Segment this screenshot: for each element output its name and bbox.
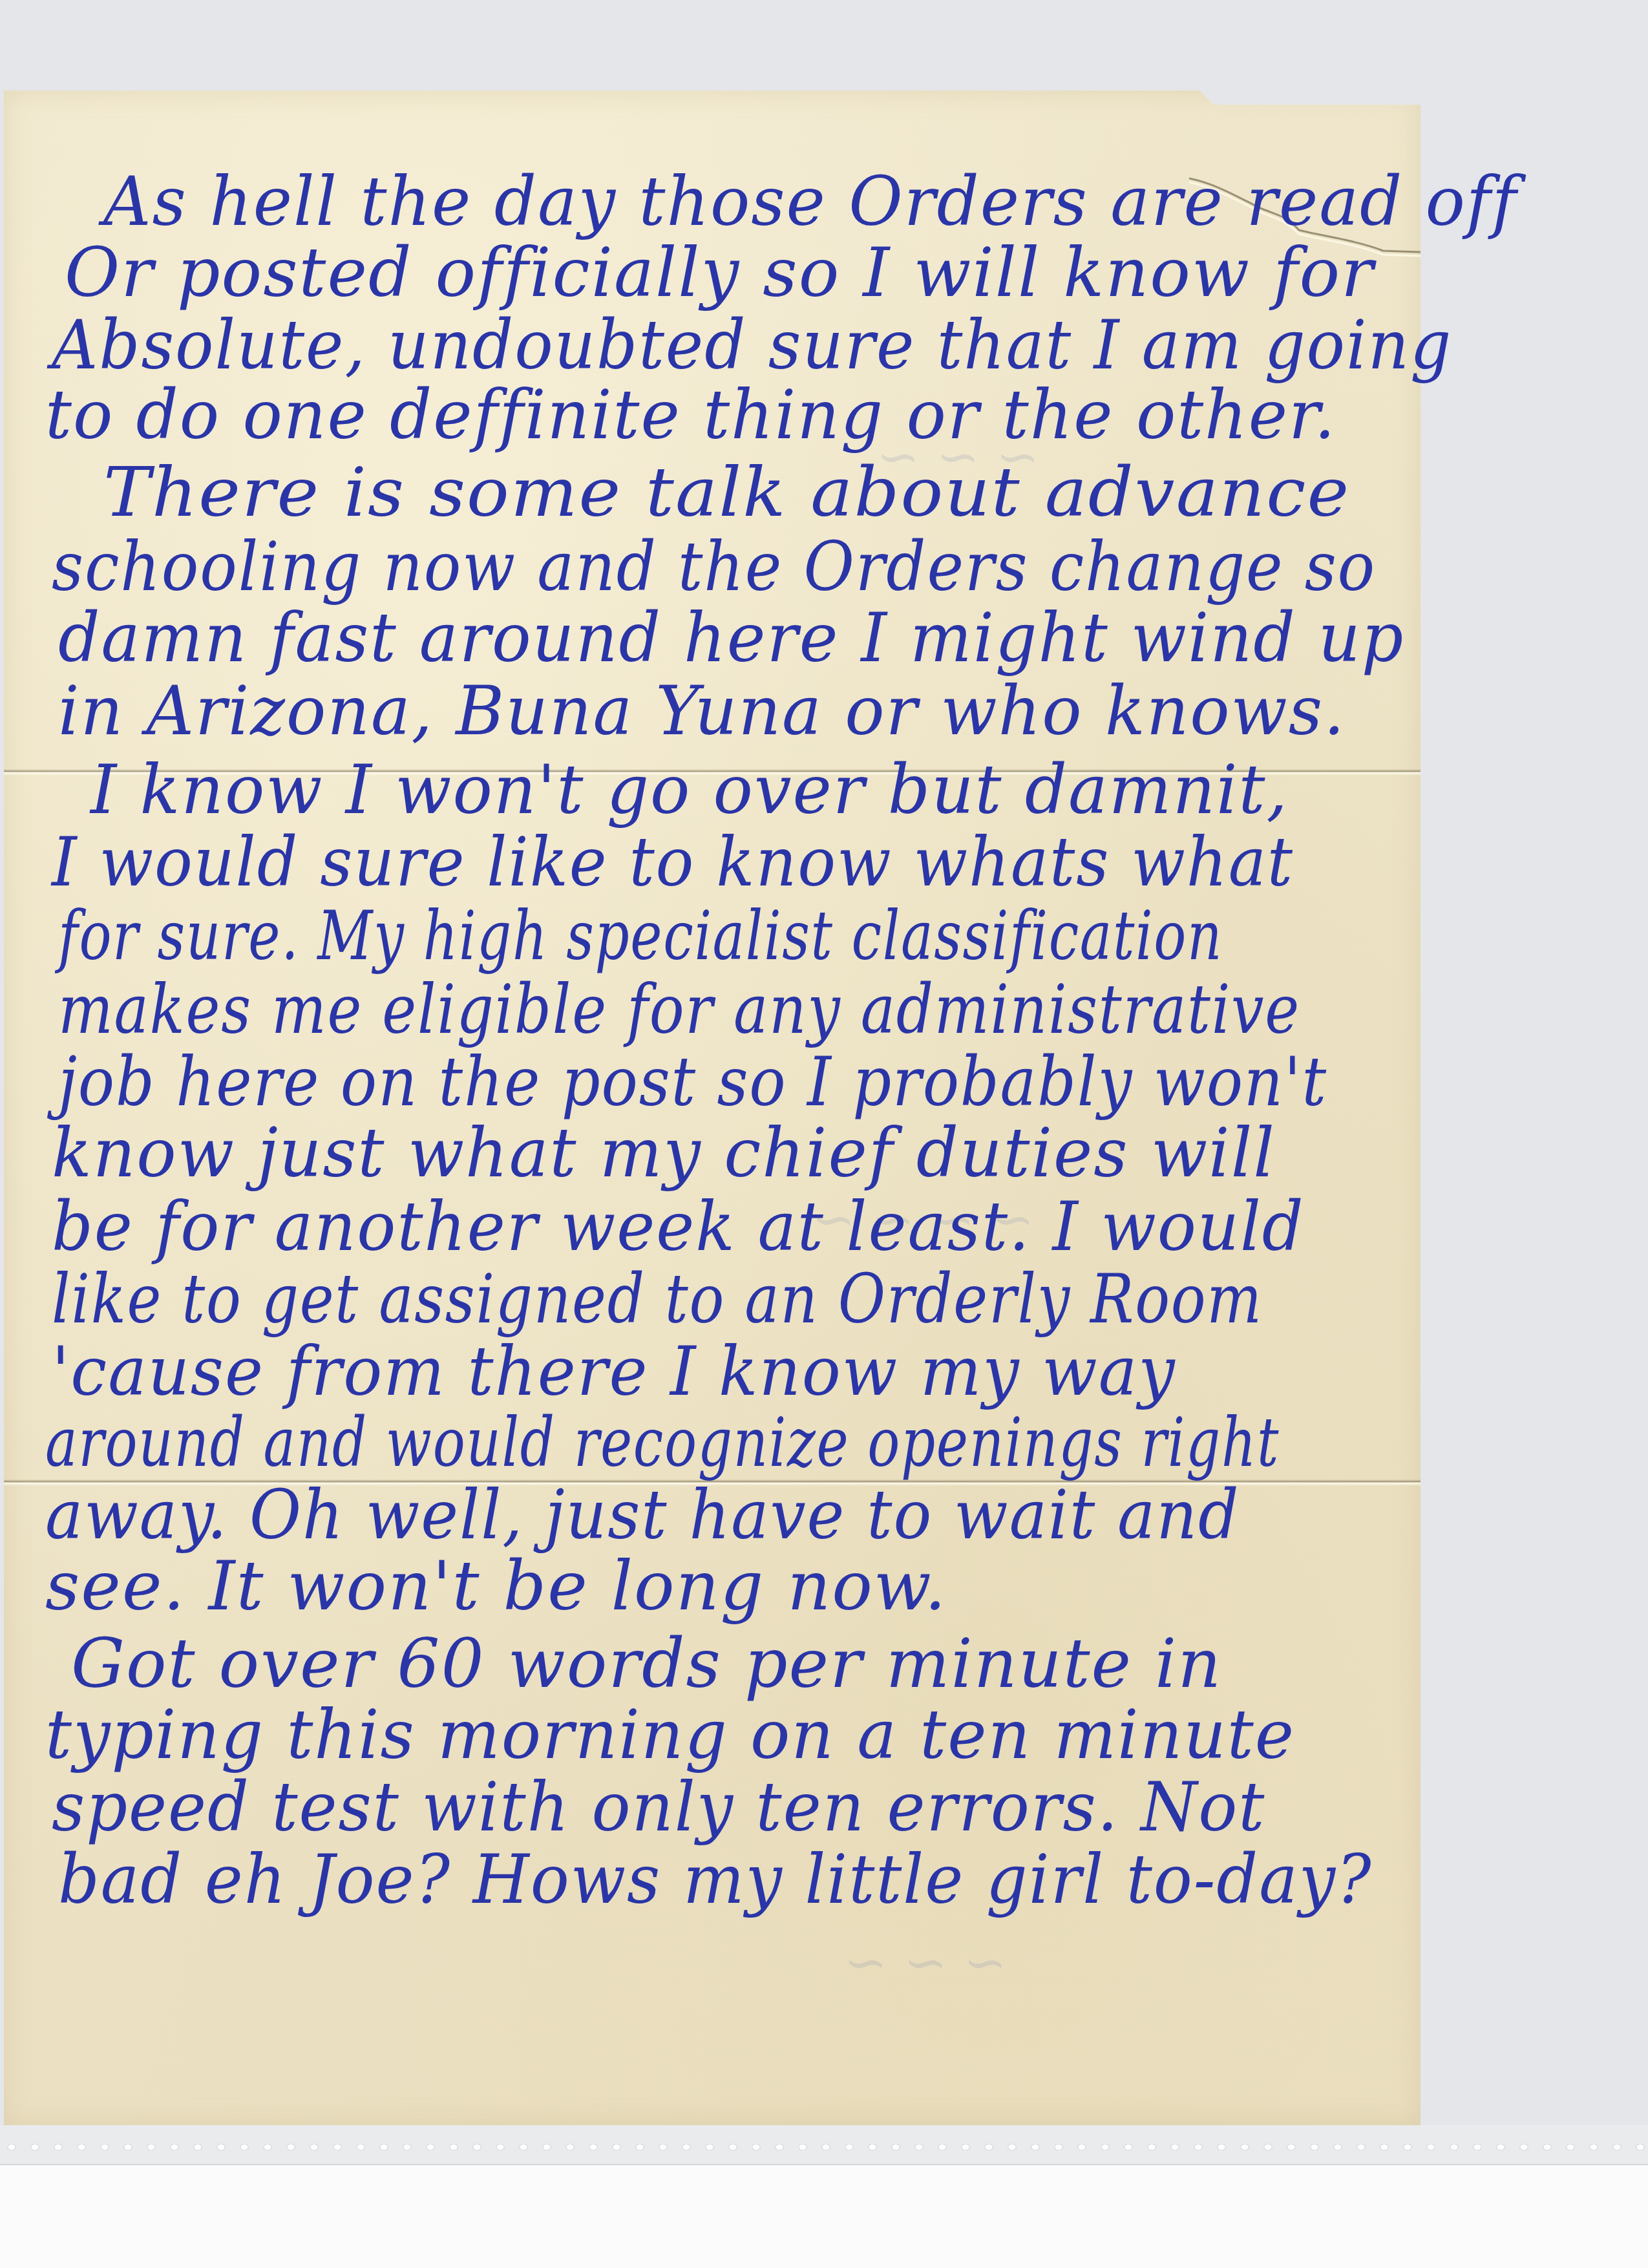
letter-line: 'cause from there I know my way [52, 1338, 1176, 1405]
letter-line: Absolute, undoubted sure that I am going [52, 312, 1452, 379]
letter-line: I know I won't go over but damnit, [90, 756, 1289, 823]
letter-line: see. It won't be long now. [45, 1553, 947, 1620]
letter-line: job here on the post so I probably won't [58, 1048, 1327, 1116]
sleeve-perforation-dots [0, 2141, 1648, 2154]
letter-line: I would sure like to know whats what [52, 829, 1294, 896]
letter-line: speed test with only ten errors. Not [52, 1774, 1265, 1841]
letter-line: As hell the day those Orders are read of… [103, 168, 1517, 235]
scan-background-bottom [0, 2162, 1648, 2268]
letter-line: around and would recognize openings righ… [45, 1409, 1280, 1476]
letter-line: away. Oh well, just have to wait and [45, 1481, 1240, 1549]
letter-line: in Arizona, Buna Yuna or who knows. [58, 677, 1346, 745]
reverse-ink-bleed: ~ ~ ~ [844, 1933, 1007, 1993]
letter-line: to do one deffinite thing or the other. [45, 381, 1336, 449]
letter-line: schooling now and the Orders change so [52, 533, 1376, 600]
letter-line: damn fast around here I might wind up [58, 604, 1404, 672]
letter-line: know just what my chief duties will [52, 1119, 1276, 1187]
letter-line: makes me eligible for any administrative [58, 976, 1300, 1043]
letter-line: Or posted officially so I will know for [65, 239, 1375, 306]
letter-line: be for another week at least. I would [52, 1193, 1305, 1260]
letter-line: There is some talk about advance [103, 459, 1350, 526]
letter-line: Got over 60 words per minute in [71, 1630, 1222, 1697]
letter-line: for sure. My high specialist classificat… [58, 902, 1223, 970]
letter-line: like to get assigned to an Orderly Room [52, 1266, 1263, 1333]
letter-line: typing this morning on a ten minute [45, 1701, 1295, 1768]
letter-line: bad eh Joe? Hows my little girl to-day? [58, 1846, 1372, 1913]
